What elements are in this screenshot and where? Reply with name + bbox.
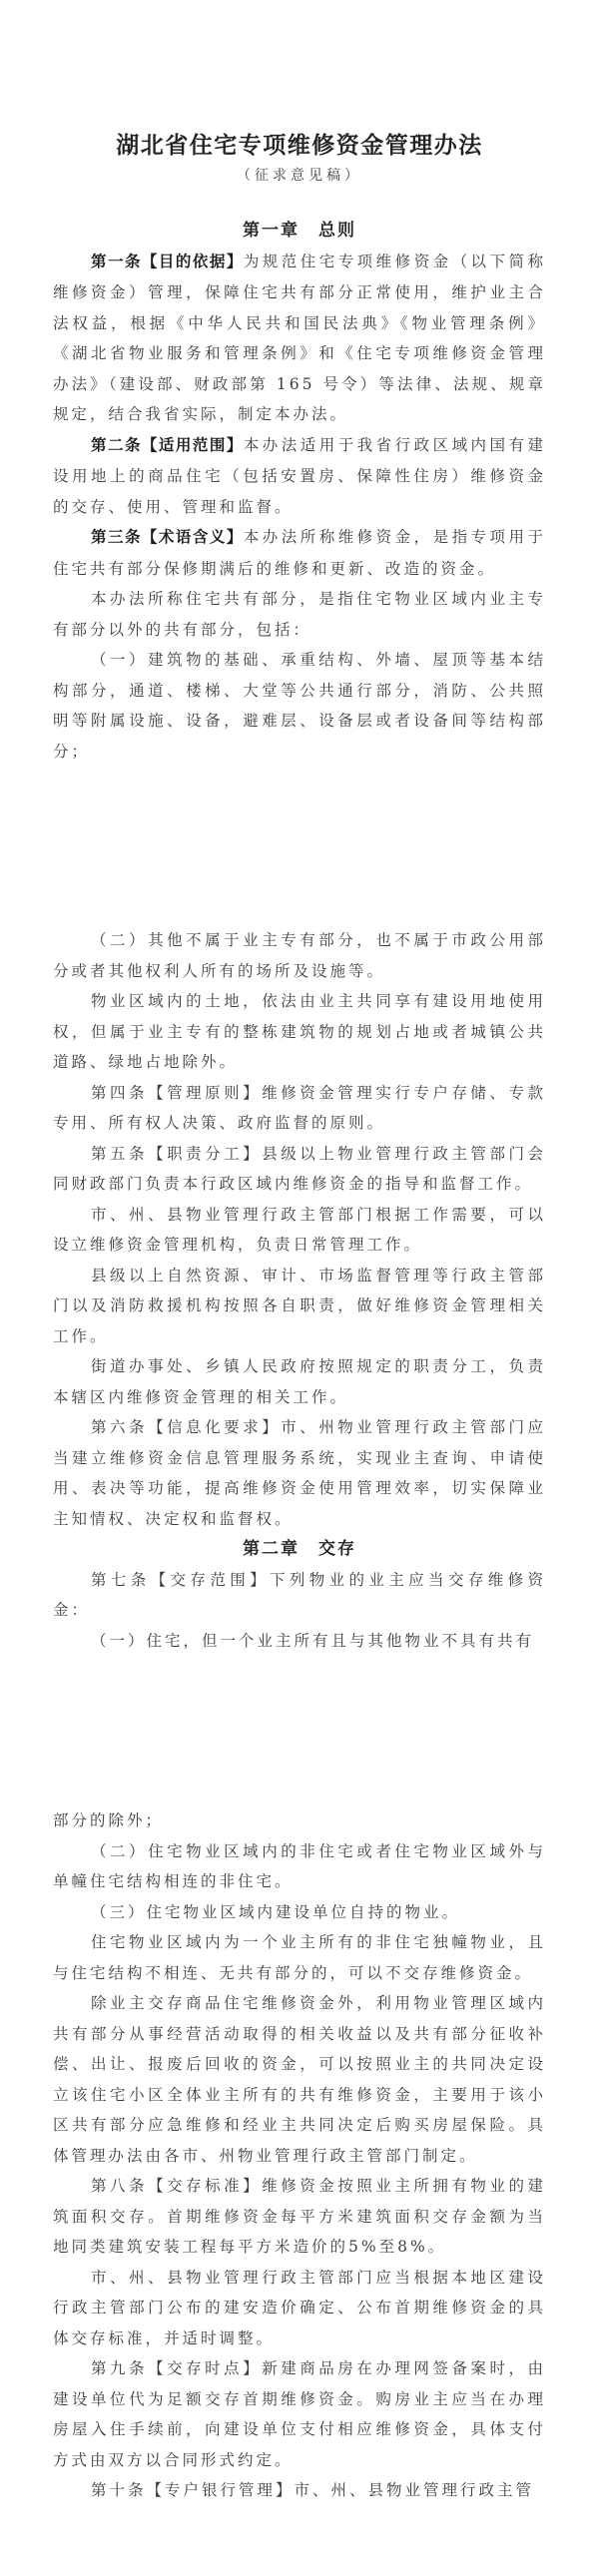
paragraph: 第九条【交存时点】新建商品房在办理网签备案时，由建设单位代为足额交存首期维修资金… xyxy=(53,2353,546,2475)
paragraph: 市、州、县物业管理行政主管部门应当根据本地区建设行政主管部门公布的建安造价确定、… xyxy=(53,2263,546,2354)
page-2-body: （二）其他不属于业主专有部分，也不属于市政公用部分或者其他权利人所有的场所及设施… xyxy=(53,925,546,1656)
document-page-1: 湖北省住宅专项维修资金管理办法 （征求意见稿） 第一章 总则第一条【目的依据】为… xyxy=(0,0,599,767)
paragraph: 本办法所称住宅共有部分，是指住宅物业区域内业主专有部分以外的共有部分，包括： xyxy=(53,584,546,645)
chapter-heading: 第二章 交存 xyxy=(53,1534,546,1565)
paragraph: （一）住宅，但一个业主所有且与其他物业不具有共有 xyxy=(53,1626,546,1657)
document: 湖北省住宅专项维修资金管理办法 （征求意见稿） 第一章 总则第一条【目的依据】为… xyxy=(0,0,599,2576)
paragraph: 第八条【交存标准】维修资金按照业主所拥有物业的建筑面积交存。首期维修资金每平方米… xyxy=(53,2171,546,2263)
paragraph: 第五条【职责分工】县级以上物业管理行政主管部门会同财政部门负责本行政区域内维修资… xyxy=(53,1139,546,1200)
paragraph: 除业主交存商品住宅维修资金外，利用物业管理区域内共有部分从事经营活动取得的相关收… xyxy=(53,1988,546,2171)
paragraph: 第十条【专户银行管理】市、州、县物业管理行政主管 xyxy=(53,2475,546,2506)
article-label: 第一条【目的依据】 xyxy=(91,254,244,270)
paragraph: 部分的除外； xyxy=(53,1805,546,1836)
paragraph: 第六条【信息化要求】市、州物业管理行政主管部门应当建立维修资金信息管理服务系统，… xyxy=(53,1412,546,1534)
article-label: 第三条【术语含义】 xyxy=(91,529,244,546)
chapter-heading: 第一章 总则 xyxy=(53,216,546,247)
paragraph: （二）住宅物业区域内的非住宅或者住宅物业区域外与单幢住宅结构相连的非住宅。 xyxy=(53,1836,546,1897)
document-subtitle: （征求意见稿） xyxy=(53,164,546,188)
paragraph: 第一条【目的依据】为规范住宅专项维修资金（以下简称维修资金）管理，保障住宅共有部… xyxy=(53,247,546,430)
document-title: 湖北省住宅专项维修资金管理办法 xyxy=(53,130,546,160)
paragraph: 街道办事处、乡镇人民政府按照规定的职责分工，负责本辖区内维修资金管理的相关工作。 xyxy=(53,1351,546,1412)
page-break xyxy=(0,1656,599,1805)
document-page-3: 部分的除外；（二）住宅物业区域内的非住宅或者住宅物业区域外与单幢住宅结构相连的非… xyxy=(0,1805,599,2506)
page-3-body: 部分的除外；（二）住宅物业区域内的非住宅或者住宅物业区域外与单幢住宅结构相连的非… xyxy=(53,1805,546,2506)
paragraph: 第三条【术语含义】本办法所称维修资金，是指专项用于住宅共有部分保修期满后的维修和… xyxy=(53,522,546,584)
paragraph: 市、州、县物业管理行政主管部门根据工作需要，可以设立维修资金管理机构，负责日常管… xyxy=(53,1200,546,1261)
paragraph: 第二条【适用范围】本办法适用于我省行政区域内国有建设用地上的商品住宅（包括安置房… xyxy=(53,430,546,523)
page-1-body: 第一章 总则第一条【目的依据】为规范住宅专项维修资金（以下简称维修资金）管理，保… xyxy=(53,216,546,767)
page-break xyxy=(0,767,599,925)
document-page-2: （二）其他不属于业主专有部分，也不属于市政公用部分或者其他权利人所有的场所及设施… xyxy=(0,925,599,1656)
paragraph: 物业区域内的土地，依法由业主共同享有建设用地使用权，但属于业主专有的整栋建筑物的… xyxy=(53,986,546,1078)
article-label: 第二条【适用范围】 xyxy=(91,437,244,454)
paragraph: 第七条【交存范围】下列物业的业主应当交存维修资金： xyxy=(53,1565,546,1626)
paragraph: （二）其他不属于业主专有部分，也不属于市政公用部分或者其他权利人所有的场所及设施… xyxy=(53,925,546,986)
paragraph: 县级以上自然资源、审计、市场监督管理等行政主管部门以及消防救援机构按照各自职责，… xyxy=(53,1261,546,1352)
paragraph: 第四条【管理原则】维修资金管理实行专户存储、专款专用、所有权人决策、政府监督的原… xyxy=(53,1078,546,1139)
paragraph: （三）住宅物业区域内建设单位自持的物业。 xyxy=(53,1897,546,1928)
paragraph: （一）建筑物的基础、承重结构、外墙、屋顶等基本结构部分，通道、楼梯、大堂等公共通… xyxy=(53,645,546,767)
paragraph: 住宅物业区域内为一个业主所有的非住宅独幢物业，且与住宅结构不相连、无共有部分的，… xyxy=(53,1927,546,1988)
